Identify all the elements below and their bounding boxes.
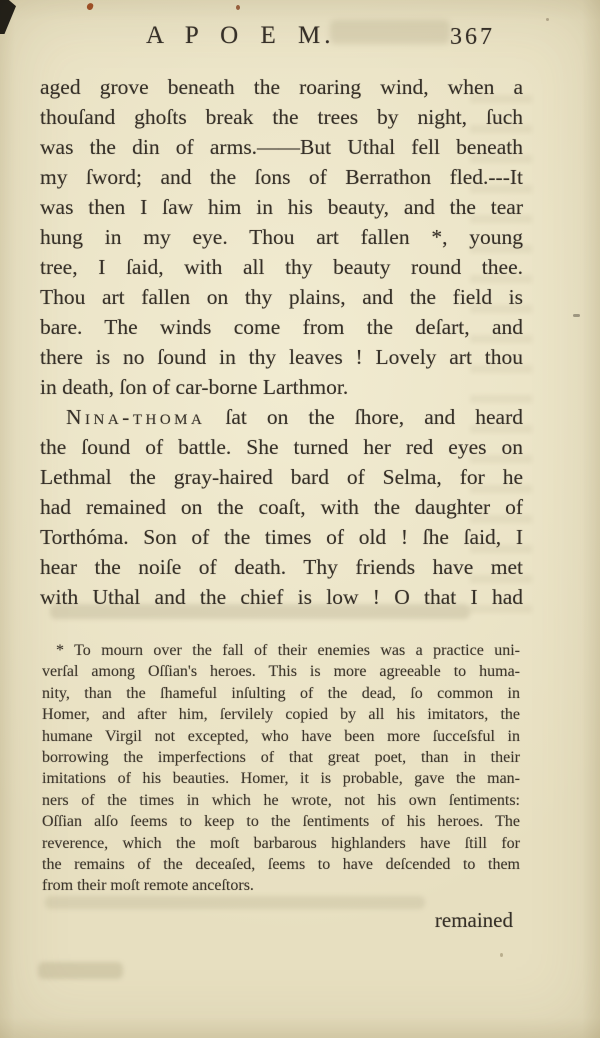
poem-line: was then I ſaw him in his beauty, and th… bbox=[40, 192, 523, 222]
poem-line: the ſound of battle. She turned her red … bbox=[40, 432, 523, 462]
poem-line: in death, ſon of car-borne Larthmor. bbox=[40, 372, 523, 402]
footnote-line: humane Virgil not excepted, who have bee… bbox=[42, 726, 520, 747]
paragraph-nina-thoma-rest: the ſound of battle. She turned her red … bbox=[40, 432, 523, 612]
running-title: A P O E M. bbox=[146, 22, 334, 50]
ink-speck bbox=[500, 953, 503, 957]
character-name-small-caps: Nina-thoma bbox=[66, 405, 205, 429]
footnote-line: from their moſt remote anceſtors. bbox=[42, 875, 520, 896]
footnote-rest: verſal among Oſſian's heroes. This is mo… bbox=[42, 661, 520, 896]
poem-line: bare. The winds come from the deſart, an… bbox=[40, 312, 523, 342]
poem-line: aged grove beneath the roaring wind, whe… bbox=[40, 72, 523, 102]
book-page-scan: { "page": { "header": { "title": "A P O … bbox=[0, 0, 600, 1038]
paragraph-nina-thoma: Nina-thoma ſat on the ſhore, and heard t… bbox=[40, 402, 523, 612]
footnote: * To mourn over the fall of their enemie… bbox=[42, 640, 520, 897]
footnote-line: Oſſian alſo ſeems to keep to the ſentime… bbox=[42, 811, 520, 832]
footnote-line: imitations of his beauties. Homer, it is… bbox=[42, 768, 520, 789]
ink-speck bbox=[573, 314, 580, 317]
poem-line: hung in my eye. Thou art fallen *, young bbox=[40, 222, 523, 252]
poem-line: hear the noiſe of death. Thy friends hav… bbox=[40, 552, 523, 582]
paragraph-continuation: aged grove beneath the roaring wind, whe… bbox=[40, 72, 523, 402]
ink-speck bbox=[546, 18, 549, 21]
ink-speck bbox=[86, 2, 94, 11]
show-through-header bbox=[330, 20, 450, 44]
poem-line: there is no ſound in thy leaves ! Lovely… bbox=[40, 342, 523, 372]
poem-line: was the din of arms.——But Uthal fell ben… bbox=[40, 132, 523, 162]
footnote-line: ners of the times in which he wrote, not… bbox=[42, 790, 520, 811]
footnote-line: borrowing the imperfections of that grea… bbox=[42, 747, 520, 768]
show-through-bottom-left bbox=[38, 962, 123, 979]
ink-speck bbox=[236, 5, 240, 10]
poem-line: had remained on the coaſt, with the daug… bbox=[40, 492, 523, 522]
poem-line: tree, I ſaid, with all thy beauty round … bbox=[40, 252, 523, 282]
footnote-line: the remains of the deceaſed, ſeems to ha… bbox=[42, 854, 520, 875]
poem-line: Nina-thoma ſat on the ſhore, and heard bbox=[40, 402, 523, 432]
footnote-line: nity, than the ſhameful inſulting of the… bbox=[42, 683, 520, 704]
poem-line: with Uthal and the chief is low ! O that… bbox=[40, 582, 523, 612]
poem-line: my ſword; and the ſons of Berrathon fled… bbox=[40, 162, 523, 192]
poem-line: Lethmal the gray-haired bard of Selma, f… bbox=[40, 462, 523, 492]
page-corner-shadow bbox=[0, 0, 16, 34]
poem-line: thouſand ghoſts break the trees by night… bbox=[40, 102, 523, 132]
footnote-line: * To mourn over the fall of their enemie… bbox=[42, 640, 520, 661]
footnote-line: Homer, and after him, ſervilely copied b… bbox=[42, 704, 520, 725]
poem-line-text: ſat on the ſhore, and heard bbox=[205, 405, 523, 429]
poem-body: aged grove beneath the roaring wind, whe… bbox=[40, 72, 523, 612]
poem-line: Torthóma. Son of the times of old ! ſhe … bbox=[40, 522, 523, 552]
footnote-line: verſal among Oſſian's heroes. This is mo… bbox=[42, 661, 520, 682]
footnote-line: reverence, which the moſt barbarous high… bbox=[42, 833, 520, 854]
catchword: remained bbox=[40, 908, 513, 933]
page-number: 367 bbox=[450, 24, 495, 51]
poem-line: Thou art fallen on thy plains, and the f… bbox=[40, 282, 523, 312]
